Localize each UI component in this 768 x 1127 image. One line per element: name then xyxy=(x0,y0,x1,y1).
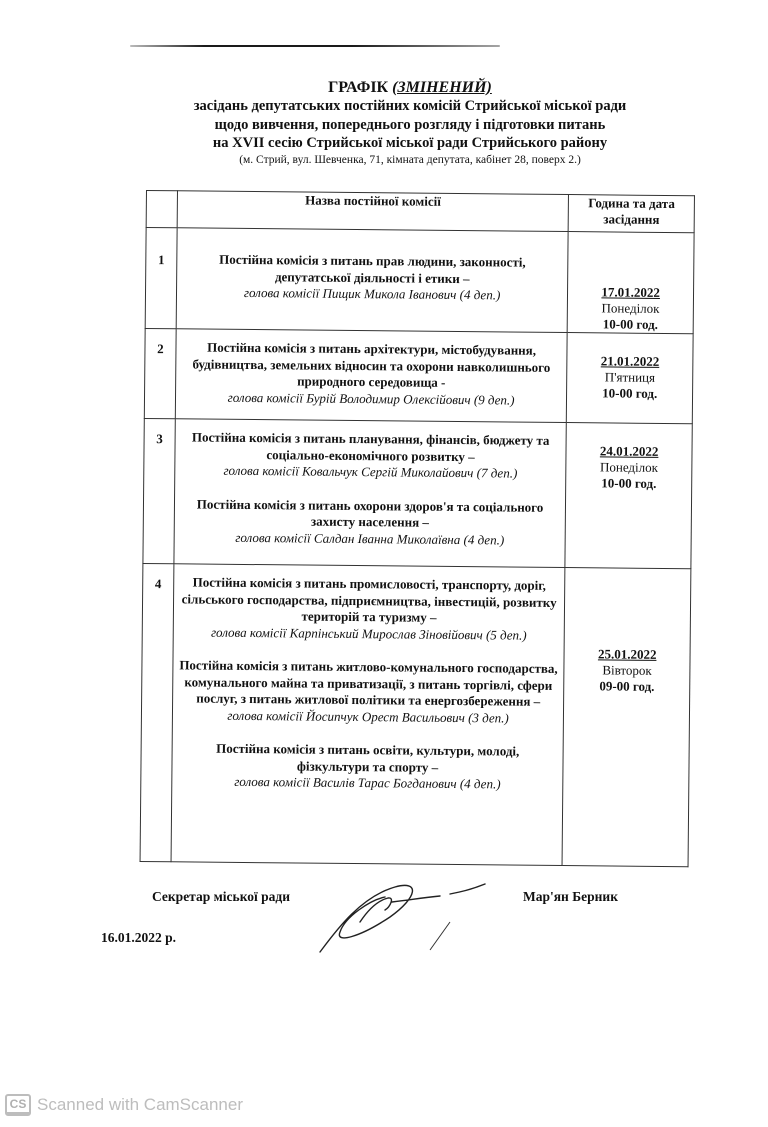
signatory-name: Мар'ян Берник xyxy=(523,889,618,905)
meeting-date: 24.01.2022 xyxy=(567,443,692,460)
signature-date: 16.01.2022 р. xyxy=(101,930,176,946)
committee-head: голова комісії Карпінський Мирослав Зіно… xyxy=(180,624,559,644)
meeting-address: (м. Стрий, вул. Шевченка, 71, кімната де… xyxy=(130,153,690,168)
meeting-time: 09-00 год. xyxy=(565,678,690,695)
meeting-weekday: Понеділок xyxy=(567,459,692,476)
committee-entry: Постійна комісія з питань промисловості,… xyxy=(180,574,559,644)
committee-head: голова комісії Василів Тарас Богданович … xyxy=(178,773,557,793)
committee-entry: Постійна комісія з питань охорони здоров… xyxy=(180,496,559,549)
document-title: ГРАФІК (ЗМІНЕНИЙ) xyxy=(130,78,690,97)
table-row: 1Постійна комісія з питань прав людини, … xyxy=(145,228,694,334)
column-header-committee: Назва постійної комісії xyxy=(177,191,569,232)
signatory-position: Секретар міської ради xyxy=(152,889,290,905)
committee-head: голова комісії Ковальчук Сергій Миколайо… xyxy=(181,462,560,482)
committee-head: голова комісії Пищик Микола Іванович (4 … xyxy=(183,284,562,304)
committee-entry: Постійна комісія з питань прав людини, з… xyxy=(183,251,562,304)
document-header: ГРАФІК (ЗМІНЕНИЙ) засідань депутатських … xyxy=(130,78,690,168)
meeting-weekday: П'ятниця xyxy=(567,369,692,386)
committee-entry: Постійна комісія з питань архітектури, м… xyxy=(182,339,561,409)
row-number: 3 xyxy=(143,418,175,563)
camscanner-watermark: CS Scanned with CamScanner xyxy=(5,1094,243,1116)
meeting-time: 10-00 год. xyxy=(568,316,693,333)
committee-entry: Постійна комісія з питань освіти, культу… xyxy=(178,740,557,793)
committee-cell: Постійна комісія з питань планування, фі… xyxy=(174,419,567,568)
top-rule xyxy=(130,45,500,47)
subtitle-line: на XVII сесію Стрийської міської ради Ст… xyxy=(130,134,690,153)
meeting-weekday: Вівторок xyxy=(565,662,690,679)
committee-cell: Постійна комісія з питань архітектури, м… xyxy=(175,329,567,423)
committee-name: Постійна комісія з питань житлово-комуна… xyxy=(179,657,558,710)
meeting-datetime-cell: 25.01.2022Вівторок09-00 год. xyxy=(562,568,691,867)
committee-head: голова комісії Йосипчук Орест Васильович… xyxy=(179,707,558,727)
committee-entry: Постійна комісія з питань житлово-комуна… xyxy=(179,657,558,727)
title-changed-label: (ЗМІНЕНИЙ) xyxy=(392,79,492,96)
meeting-datetime-cell: 21.01.2022П'ятниця10-00 год. xyxy=(567,333,694,424)
meeting-datetime-cell: 17.01.2022Понеділок10-00 год. xyxy=(567,232,694,334)
committee-name: Постійна комісія з питань промисловості,… xyxy=(180,574,559,627)
table-row: 2Постійна комісія з питань архітектури, … xyxy=(144,328,693,423)
meeting-time: 10-00 год. xyxy=(567,385,692,402)
row-number: 1 xyxy=(145,228,177,329)
committee-name: Постійна комісія з питань освіти, культу… xyxy=(178,740,557,777)
meeting-weekday: Понеділок xyxy=(568,300,693,317)
signature-icon xyxy=(300,862,500,957)
meeting-date: 17.01.2022 xyxy=(568,284,693,301)
column-header-number xyxy=(146,191,177,228)
committee-name: Постійна комісія з питань планування, фі… xyxy=(181,429,560,466)
meeting-date: 25.01.2022 xyxy=(565,646,690,663)
committee-head: голова комісії Салдан Іванна Миколаївна … xyxy=(180,529,559,549)
committee-name: Постійна комісія з питань прав людини, з… xyxy=(183,251,562,288)
column-header-datetime: Година та дата засідання xyxy=(568,195,694,233)
meeting-datetime-cell: 24.01.2022Понеділок10-00 год. xyxy=(565,423,692,569)
schedule-table: Назва постійної комісії Година та дата з… xyxy=(140,190,695,867)
committee-cell: Постійна комісія з питань промисловості,… xyxy=(171,564,565,866)
subtitle-line: засідань депутатських постійних комісій … xyxy=(130,97,690,116)
camscanner-logo-icon: CS xyxy=(5,1094,31,1116)
meeting-date: 21.01.2022 xyxy=(568,353,693,370)
meeting-time: 10-00 год. xyxy=(566,475,691,492)
committee-entry: Постійна комісія з питань планування, фі… xyxy=(181,429,560,482)
row-number: 4 xyxy=(140,563,174,861)
committee-head: голова комісії Бурій Володимир Олексійов… xyxy=(182,389,561,409)
title-text: ГРАФІК xyxy=(328,79,388,96)
table-row: 3Постійна комісія з питань планування, ф… xyxy=(143,418,692,568)
committee-name: Постійна комісія з питань архітектури, м… xyxy=(182,339,561,392)
committee-cell: Постійна комісія з питань прав людини, з… xyxy=(176,228,568,333)
row-number: 2 xyxy=(144,328,176,418)
table-header-row: Назва постійної комісії Година та дата з… xyxy=(146,191,694,233)
committee-name: Постійна комісія з питань охорони здоров… xyxy=(181,496,560,533)
camscanner-text: Scanned with CamScanner xyxy=(37,1095,243,1115)
subtitle-line: щодо вивчення, попереднього розгляду і п… xyxy=(130,116,690,135)
table-row: 4Постійна комісія з питань промисловості… xyxy=(140,563,691,866)
